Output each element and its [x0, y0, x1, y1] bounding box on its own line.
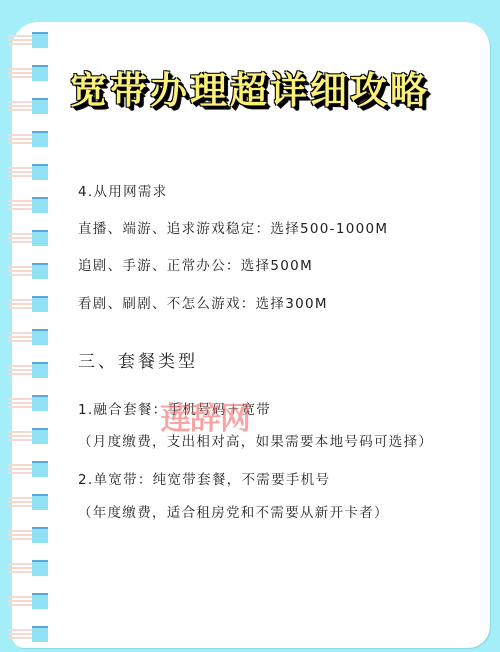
- need-item-3: 看剧、刷剧、不怎么游戏：选择300M: [78, 292, 328, 312]
- notebook-page: [12, 22, 490, 648]
- spiral-ring-icon: [8, 593, 48, 609]
- spiral-ring-icon: [8, 32, 48, 48]
- spiral-ring-icon: [8, 197, 48, 213]
- section-3-heading: 三、套餐类型: [78, 347, 198, 372]
- package-2-title: 2.单宽带：纯宽带套餐，不需要手机号: [78, 468, 330, 488]
- package-2-note: （年度缴费，适合租房党和不需要从新开卡者）: [78, 501, 389, 521]
- spiral-ring-icon: [8, 230, 48, 246]
- spiral-ring-icon: [8, 263, 48, 279]
- need-item-1: 直播、端游、追求游戏稳定：选择500-1000M: [78, 217, 388, 237]
- spiral-ring-icon: [8, 395, 48, 411]
- package-1-note: （月度缴费，支出相对高，如果需要本地号码可选择）: [78, 430, 433, 450]
- need-item-2: 追剧、手游、正常办公：选择500M: [78, 254, 313, 274]
- package-1-title: 1.融合套餐：手机号码＋宽带: [78, 398, 271, 418]
- spiral-ring-icon: [8, 296, 48, 312]
- spiral-ring-icon: [8, 329, 48, 345]
- spiral-ring-icon: [8, 494, 48, 510]
- spiral-ring-icon: [8, 428, 48, 444]
- spiral-ring-icon: [8, 560, 48, 576]
- spiral-ring-icon: [8, 461, 48, 477]
- spiral-ring-icon: [8, 164, 48, 180]
- spiral-ring-icon: [8, 131, 48, 147]
- page-title: 宽带办理超详细攻略: [0, 60, 500, 114]
- section-4-heading: 4.从用网需求: [78, 180, 167, 200]
- spiral-ring-icon: [8, 626, 48, 642]
- spiral-ring-icon: [8, 362, 48, 378]
- spiral-ring-icon: [8, 527, 48, 543]
